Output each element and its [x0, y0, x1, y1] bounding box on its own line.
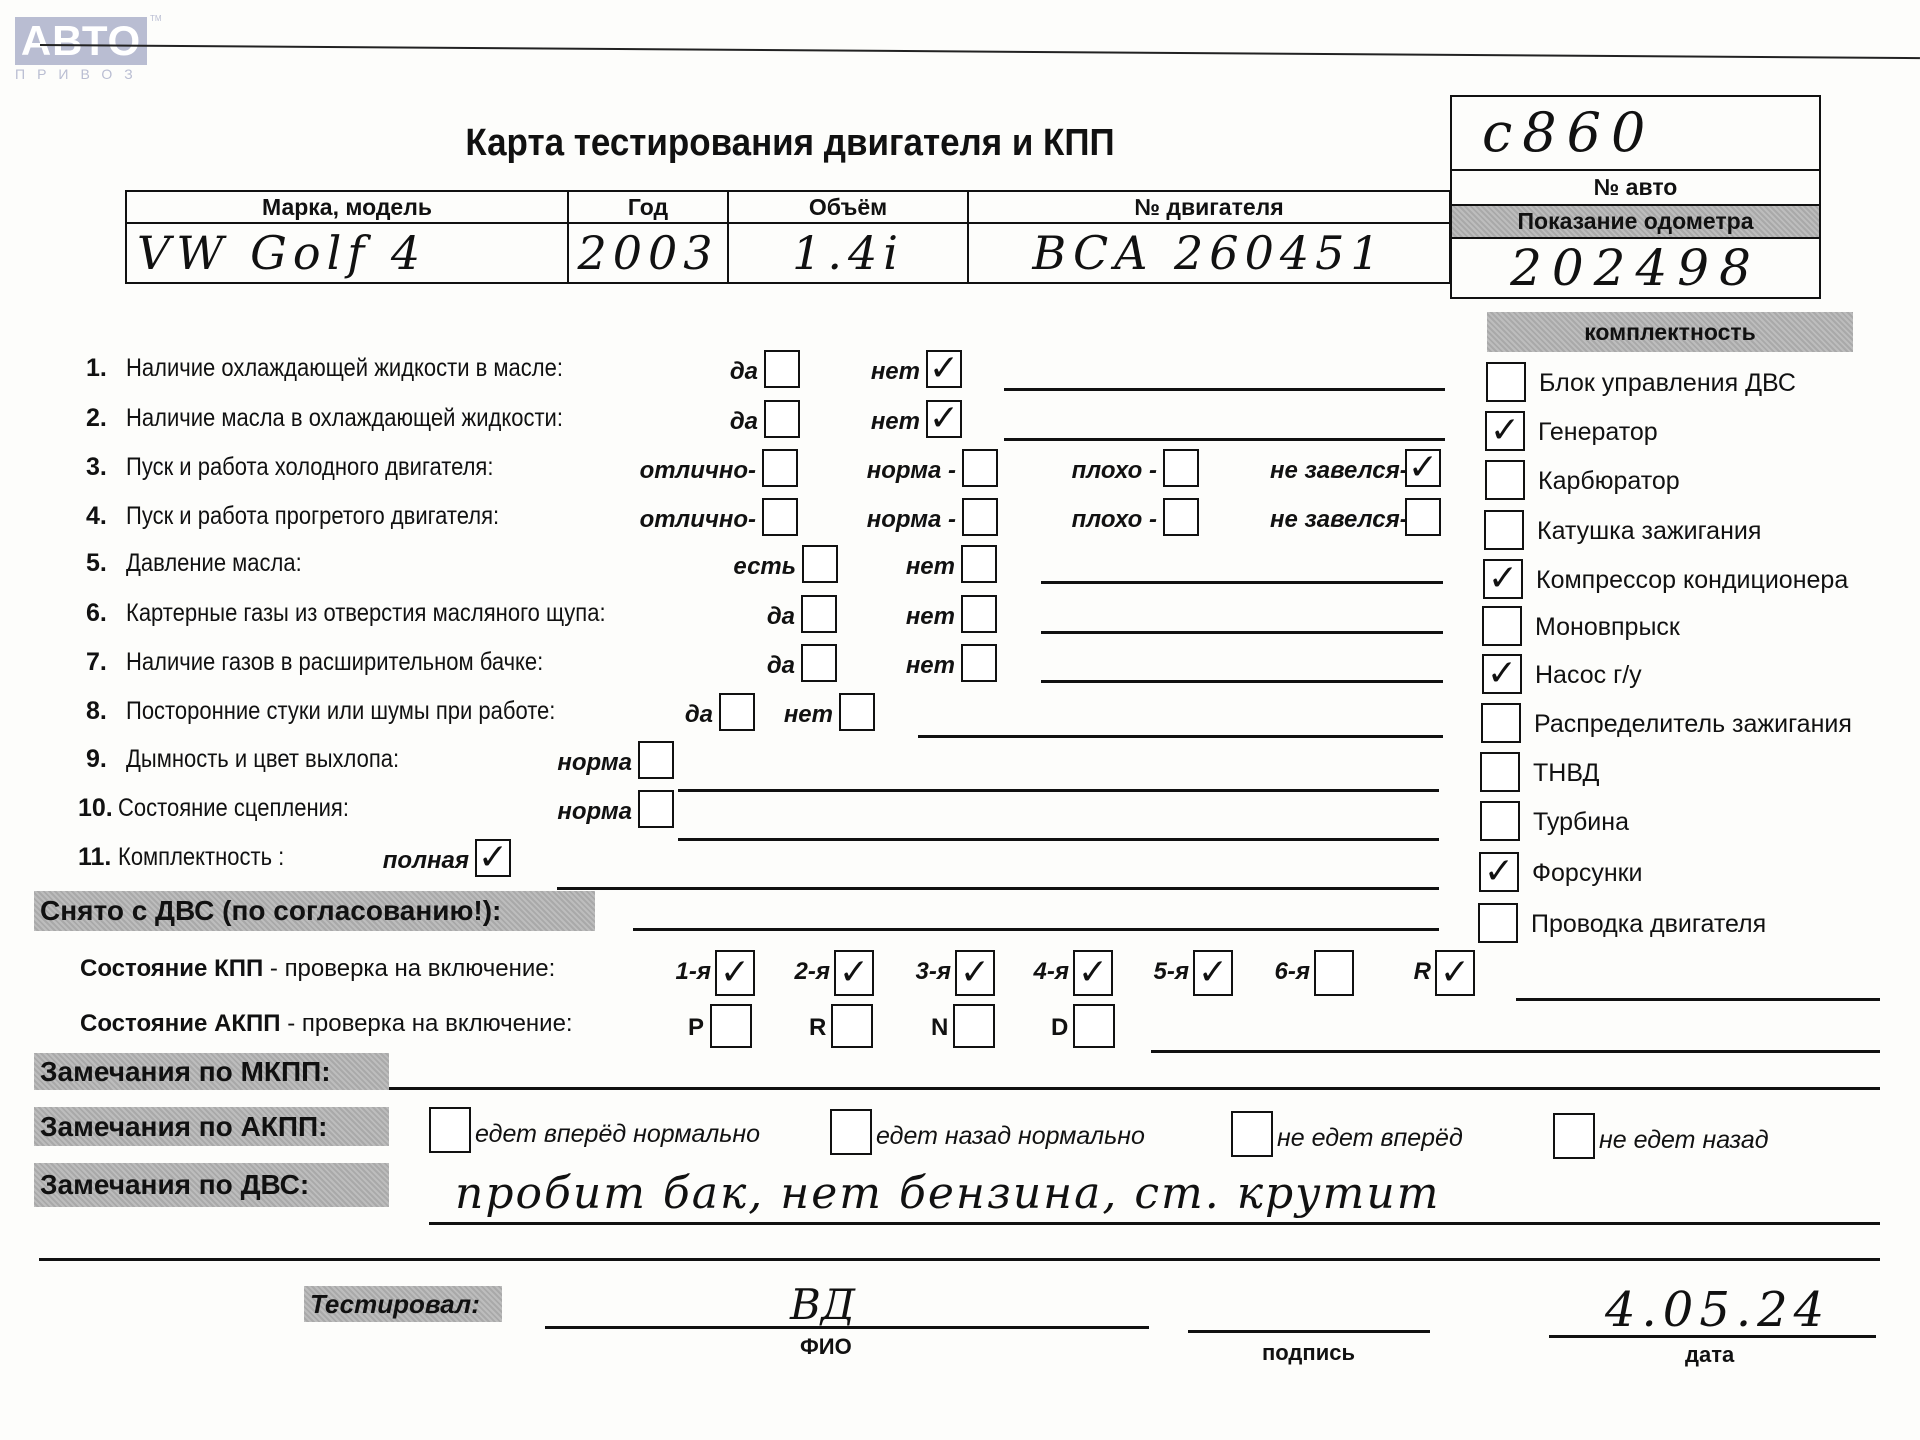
option-label: норма -	[830, 506, 956, 534]
dvs-remarks-line[interactable]	[429, 1222, 1880, 1225]
gear-checkbox[interactable]	[1073, 950, 1113, 996]
option-label: да	[750, 603, 795, 631]
option-checkbox[interactable]	[719, 693, 755, 731]
akpp-remark-checkbox[interactable]	[429, 1107, 471, 1153]
question-text: Состояние сцепления:	[118, 794, 349, 823]
gear-label: 5-я	[1133, 958, 1189, 986]
gear-label: 1-я	[655, 958, 711, 986]
option-label: плохо -	[1030, 457, 1157, 485]
option-label: да	[650, 701, 713, 729]
question-number: 10.	[78, 794, 113, 823]
question-number: 9.	[86, 745, 107, 774]
question-text: Комплектность :	[118, 843, 284, 872]
option-checkbox[interactable]	[475, 839, 511, 877]
question-text: Посторонние стуки или шумы при работе:	[126, 697, 555, 726]
option-label: нет	[840, 408, 920, 436]
mode-checkbox[interactable]	[1073, 1004, 1115, 1048]
option-label: полная	[360, 847, 469, 875]
dvs-remarks-label: Замечания по ДВС:	[34, 1163, 389, 1207]
komplektnost-item-label: Блок управления ДВС	[1539, 369, 1796, 398]
komplektnost-checkbox[interactable]	[1485, 460, 1525, 500]
option-label: не завелся-	[1270, 506, 1399, 534]
tester-name-value[interactable]: ВД	[790, 1280, 855, 1329]
question-number: 5.	[86, 549, 107, 578]
option-checkbox[interactable]	[1405, 498, 1441, 536]
top-rule	[40, 44, 1920, 59]
header-year: Год	[568, 191, 728, 223]
option-label: нет	[890, 553, 955, 581]
question-text: Давление масла:	[126, 549, 302, 578]
option-checkbox[interactable]	[1405, 449, 1441, 487]
akpp-remark-label: не едет вперёд	[1277, 1124, 1463, 1153]
option-label: нет	[840, 358, 920, 386]
dvs-remarks-text[interactable]: пробит бак, нет бензина, ст. крутит	[455, 1168, 1440, 1219]
komplektnost-item-label: Моновпрыск	[1535, 613, 1680, 642]
date-caption: дата	[1685, 1342, 1734, 1368]
removed-label: Снято с ДВС (по согласованию!):	[34, 891, 595, 931]
komplektnost-item-label: Форсунки	[1532, 859, 1643, 888]
mkpp-remarks-line[interactable]	[389, 1087, 1880, 1090]
removed-line[interactable]	[633, 928, 1439, 931]
option-label: отлично-	[630, 506, 756, 534]
mode-checkbox[interactable]	[710, 1004, 752, 1048]
option-checkbox[interactable]	[638, 790, 674, 828]
option-checkbox[interactable]	[801, 644, 837, 682]
komplektnost-checkbox[interactable]	[1480, 752, 1520, 792]
akpp-remark-label: не едет назад	[1599, 1126, 1769, 1155]
option-checkbox[interactable]	[961, 545, 997, 583]
question-text: Наличие масла в охлаждающей жидкости:	[126, 404, 563, 433]
option-label: отлично-	[630, 457, 756, 485]
car-number-odometer-box: c860 № авто Показание одометра 202498	[1450, 95, 1821, 299]
komplektnost-checkbox[interactable]	[1480, 801, 1520, 841]
gear-label: 3-я	[895, 958, 951, 986]
option-label: не завелся-	[1270, 457, 1399, 485]
answer-line[interactable]	[557, 887, 1439, 890]
gear-label: 4-я	[1013, 958, 1069, 986]
value-model[interactable]: VW Golf 4	[126, 223, 568, 283]
komplektnost-checkbox[interactable]	[1479, 852, 1519, 892]
akpp-line[interactable]	[1151, 1050, 1880, 1053]
logo-subtitle: ПРИВОЗ	[15, 66, 147, 82]
gear-checkbox[interactable]	[1435, 950, 1475, 996]
option-checkbox[interactable]	[762, 449, 798, 487]
komplektnost-checkbox[interactable]	[1485, 411, 1525, 451]
option-label: да	[690, 408, 758, 436]
odometer-label: Показание одометра	[1452, 206, 1819, 239]
akpp-remark-checkbox[interactable]	[830, 1109, 872, 1155]
question-text: Картерные газы из отверстия масляного щу…	[126, 599, 606, 628]
signature-caption: подпись	[1262, 1340, 1355, 1366]
option-checkbox[interactable]	[961, 644, 997, 682]
option-checkbox[interactable]	[961, 595, 997, 633]
tested-by-label: Тестировал:	[304, 1286, 502, 1322]
answer-line[interactable]	[1004, 438, 1445, 441]
kpp-label-bold: Состояние КПП	[80, 955, 263, 982]
komplektnost-item-label: Распределитель зажигания	[1534, 710, 1852, 739]
question-number: 11.	[78, 843, 111, 872]
option-checkbox[interactable]	[762, 498, 798, 536]
answer-line[interactable]	[918, 735, 1443, 738]
option-checkbox[interactable]	[1163, 498, 1199, 536]
question-number: 3.	[86, 453, 107, 482]
komplektnost-checkbox[interactable]	[1482, 654, 1522, 694]
option-label: норма	[530, 749, 632, 777]
kpp-label-rest: - проверка на включение:	[263, 955, 555, 982]
signature-line[interactable]	[1188, 1330, 1430, 1333]
question-number: 7.	[86, 648, 107, 677]
option-checkbox[interactable]	[962, 498, 998, 536]
komplektnost-checkbox[interactable]	[1486, 362, 1526, 402]
mkpp-remarks-label: Замечания по МКПП:	[34, 1053, 389, 1090]
akpp-label-rest: - проверка на включение:	[281, 1010, 573, 1037]
question-text: Наличие охлаждающей жидкости в масле:	[126, 354, 563, 383]
komplektnost-item-label: Проводка двигателя	[1531, 910, 1766, 939]
question-number: 4.	[86, 502, 107, 531]
logo-trademark: TM	[150, 14, 162, 23]
kpp-label: Состояние КПП - проверка на включение:	[80, 955, 555, 983]
option-checkbox[interactable]	[801, 595, 837, 633]
akpp-label-bold: Состояние АКПП	[80, 1010, 281, 1037]
akpp-remark-checkbox[interactable]	[1231, 1111, 1273, 1157]
gear-checkbox[interactable]	[1193, 950, 1233, 996]
value-engine-number[interactable]: BCA 260451	[968, 223, 1450, 283]
komplektnost-item-label: Насос г/у	[1535, 661, 1642, 690]
answer-line[interactable]	[678, 838, 1439, 841]
komplektnost-item-label: Турбина	[1533, 808, 1629, 837]
date-value[interactable]: 4.05.24	[1605, 1282, 1830, 1338]
option-label: плохо -	[1030, 506, 1157, 534]
dvs-remarks-line-2[interactable]	[39, 1258, 1880, 1261]
gear-label: R	[1375, 958, 1431, 986]
option-checkbox[interactable]	[802, 545, 838, 583]
mode-label: N	[931, 1014, 948, 1042]
car-info-table: Марка, модель Год Объём № двигателя VW G…	[125, 190, 1451, 284]
value-year[interactable]: 2003	[568, 223, 728, 283]
gear-checkbox[interactable]	[1314, 950, 1354, 996]
question-text: Пуск и работа прогретого двигателя:	[126, 502, 499, 531]
option-checkbox[interactable]	[1163, 449, 1199, 487]
gear-checkbox[interactable]	[834, 950, 874, 996]
gear-checkbox[interactable]	[955, 950, 995, 996]
akpp-remarks-label: Замечания по АКПП:	[34, 1107, 389, 1146]
car-number-value[interactable]: c860	[1452, 97, 1819, 171]
answer-line[interactable]	[1041, 581, 1443, 584]
option-checkbox[interactable]	[764, 400, 800, 438]
gear-label: 6-я	[1254, 958, 1310, 986]
gear-label: 2-я	[774, 958, 830, 986]
tester-name-caption: ФИО	[800, 1334, 852, 1360]
question-number: 8.	[86, 697, 107, 726]
question-text: Дымность и цвет выхлопа:	[126, 745, 399, 774]
tester-name-line[interactable]	[545, 1326, 1149, 1329]
car-number-label: № авто	[1452, 171, 1819, 206]
odometer-value[interactable]: 202498	[1452, 239, 1819, 297]
option-label: есть	[730, 553, 796, 581]
mode-checkbox[interactable]	[953, 1004, 995, 1048]
answer-line[interactable]	[678, 789, 1439, 792]
option-checkbox[interactable]	[926, 350, 962, 388]
question-text: Наличие газов в расширительном бачке:	[126, 648, 543, 677]
komplektnost-item-label: ТНВД	[1533, 759, 1599, 788]
komplektnost-item-label: Карбюратор	[1538, 467, 1680, 496]
mode-label: D	[1051, 1014, 1068, 1042]
header-model: Марка, модель	[126, 191, 568, 223]
option-label: нет	[890, 603, 955, 631]
mode-checkbox[interactable]	[831, 1004, 873, 1048]
option-checkbox[interactable]	[839, 693, 875, 731]
option-label: нет	[770, 701, 833, 729]
komplektnost-item-label: Катушка зажигания	[1537, 517, 1761, 546]
option-checkbox[interactable]	[764, 350, 800, 388]
komplektnost-header: комплектность	[1487, 312, 1853, 352]
option-checkbox[interactable]	[962, 449, 998, 487]
question-number: 1.	[86, 354, 107, 383]
answer-line[interactable]	[1004, 388, 1445, 391]
mode-label: P	[688, 1014, 704, 1042]
value-volume[interactable]: 1.4i	[728, 223, 968, 283]
option-label: нет	[890, 652, 955, 680]
option-label: норма	[530, 798, 632, 826]
akpp-remark-label: едет назад нормально	[876, 1122, 1145, 1151]
komplektnost-item-label: Генератор	[1538, 418, 1658, 447]
option-label: да	[690, 358, 758, 386]
option-checkbox[interactable]	[926, 400, 962, 438]
question-text: Пуск и работа холодного двигателя:	[126, 453, 493, 482]
mode-label: R	[809, 1014, 826, 1042]
akpp-remark-label: едет вперёд нормально	[475, 1120, 760, 1149]
answer-line[interactable]	[1041, 680, 1443, 683]
logo: АВТО	[15, 17, 147, 65]
akpp-label: Состояние АКПП - проверка на включение:	[80, 1010, 573, 1038]
answer-line[interactable]	[1041, 631, 1443, 634]
page-title: Карта тестирования двигателя и КПП	[431, 122, 1149, 165]
komplektnost-item-label: Компрессор кондиционера	[1536, 566, 1848, 595]
header-volume: Объём	[728, 191, 968, 223]
komplektnost-checkbox[interactable]	[1484, 510, 1524, 550]
date-line[interactable]	[1549, 1335, 1876, 1338]
komplektnost-checkbox[interactable]	[1481, 703, 1521, 743]
kpp-line[interactable]	[1516, 998, 1880, 1001]
gear-checkbox[interactable]	[715, 950, 755, 996]
option-label: норма -	[830, 457, 956, 485]
header-engine-number: № двигателя	[968, 191, 1450, 223]
option-checkbox[interactable]	[638, 741, 674, 779]
akpp-remark-checkbox[interactable]	[1553, 1113, 1595, 1159]
komplektnost-checkbox[interactable]	[1482, 606, 1522, 646]
komplektnost-checkbox[interactable]	[1483, 559, 1523, 599]
question-number: 2.	[86, 404, 107, 433]
option-label: да	[750, 652, 795, 680]
question-number: 6.	[86, 599, 107, 628]
komplektnost-checkbox[interactable]	[1478, 903, 1518, 943]
